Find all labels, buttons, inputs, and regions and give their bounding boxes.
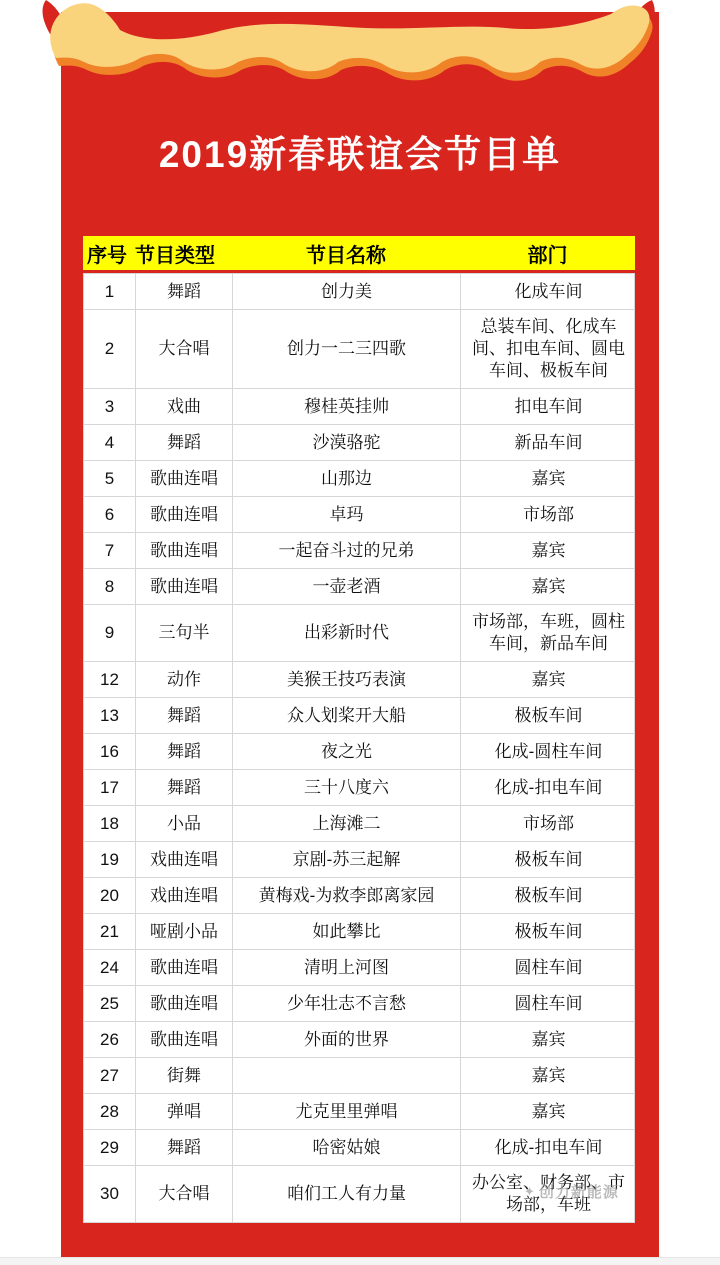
cell-serial: 21 <box>84 914 136 949</box>
table-row: 7 歌曲连唱 一起奋斗过的兄弟 嘉宾 <box>84 533 634 569</box>
cell-dept: 办公室、财务部、市场部，车班 <box>461 1166 636 1222</box>
cell-serial: 2 <box>84 310 136 388</box>
cell-name: 尤克里里弹唱 <box>233 1094 461 1129</box>
cell-dept: 嘉宾 <box>461 1058 636 1093</box>
cell-dept: 化成-扣电车间 <box>461 770 636 805</box>
cell-dept: 化成-扣电车间 <box>461 1130 636 1165</box>
table-row: 21 哑剧小品 如此攀比 极板车间 <box>84 914 634 950</box>
cell-name: 穆桂英挂帅 <box>233 389 461 424</box>
cell-serial: 26 <box>84 1022 136 1057</box>
table-row: 3 戏曲 穆桂英挂帅 扣电车间 <box>84 389 634 425</box>
cell-serial: 16 <box>84 734 136 769</box>
table-row: 12 动作 美猴王技巧表演 嘉宾 <box>84 662 634 698</box>
golden-cloud-banner-decoration <box>36 0 686 84</box>
cell-serial: 29 <box>84 1130 136 1165</box>
cell-serial: 9 <box>84 605 136 661</box>
cell-type: 舞蹈 <box>136 1130 233 1165</box>
cell-type: 街舞 <box>136 1058 233 1093</box>
cell-dept: 极板车间 <box>461 878 636 913</box>
cell-type: 歌曲连唱 <box>136 986 233 1021</box>
cell-name: 哈密姑娘 <box>233 1130 461 1165</box>
cell-dept: 嘉宾 <box>461 569 636 604</box>
table-row: 2 大合唱 创力一二三四歌 总装车间、化成车间、扣电车间、圆电车间、极板车间 <box>84 310 634 389</box>
cell-name: 京剧-苏三起解 <box>233 842 461 877</box>
cell-dept: 市场部 <box>461 806 636 841</box>
cell-serial: 24 <box>84 950 136 985</box>
cell-name: 清明上河图 <box>233 950 461 985</box>
header-type: 节目类型 <box>135 239 232 268</box>
cell-type: 歌曲连唱 <box>136 569 233 604</box>
cell-serial: 5 <box>84 461 136 496</box>
cell-type: 弹唱 <box>136 1094 233 1129</box>
cell-dept: 市场部 <box>461 497 636 532</box>
table-row: 30 大合唱 咱们工人有力量 办公室、财务部、市场部，车班 <box>84 1166 634 1222</box>
cell-serial: 28 <box>84 1094 136 1129</box>
cell-dept: 嘉宾 <box>461 533 636 568</box>
table-row: 17 舞蹈 三十八度六 化成-扣电车间 <box>84 770 634 806</box>
cell-type: 动作 <box>136 662 233 697</box>
cell-dept: 圆柱车间 <box>461 986 636 1021</box>
table-header-row: 序号 节目类型 节目名称 部门 <box>83 236 635 270</box>
cell-type: 戏曲连唱 <box>136 878 233 913</box>
cell-name: 咱们工人有力量 <box>233 1166 461 1222</box>
cell-name: 夜之光 <box>233 734 461 769</box>
cell-serial: 20 <box>84 878 136 913</box>
table-row: 8 歌曲连唱 一壶老酒 嘉宾 <box>84 569 634 605</box>
cell-name: 美猴王技巧表演 <box>233 662 461 697</box>
program-table: 序号 节目类型 节目名称 部门 1 舞蹈 创力美 化成车间 2 大合唱 创力一二… <box>83 236 635 1223</box>
cell-type: 歌曲连唱 <box>136 1022 233 1057</box>
table-row: 16 舞蹈 夜之光 化成-圆柱车间 <box>84 734 634 770</box>
cell-dept: 极板车间 <box>461 842 636 877</box>
cell-name: 众人划桨开大船 <box>233 698 461 733</box>
header-dept: 部门 <box>460 239 635 268</box>
cell-dept: 极板车间 <box>461 698 636 733</box>
page-title: 2019新春联谊会节目单 <box>61 133 659 177</box>
table-row: 4 舞蹈 沙漠骆驼 新品车间 <box>84 425 634 461</box>
cell-dept: 化成车间 <box>461 274 636 309</box>
cell-name: 出彩新时代 <box>233 605 461 661</box>
cell-name: 三十八度六 <box>233 770 461 805</box>
cell-name: 沙漠骆驼 <box>233 425 461 460</box>
cell-type: 歌曲连唱 <box>136 950 233 985</box>
table-row: 25 歌曲连唱 少年壮志不言愁 圆柱车间 <box>84 986 634 1022</box>
cell-name: 少年壮志不言愁 <box>233 986 461 1021</box>
cell-name: 创力美 <box>233 274 461 309</box>
cell-dept: 圆柱车间 <box>461 950 636 985</box>
cell-serial: 4 <box>84 425 136 460</box>
cell-dept: 嘉宾 <box>461 662 636 697</box>
cell-serial: 7 <box>84 533 136 568</box>
table-row: 9 三句半 出彩新时代 市场部，车班，圆柱车间，新品车间 <box>84 605 634 662</box>
cell-serial: 1 <box>84 274 136 309</box>
cell-serial: 18 <box>84 806 136 841</box>
cell-type: 舞蹈 <box>136 274 233 309</box>
cell-name: 黄梅戏-为救李郎离家园 <box>233 878 461 913</box>
cell-type: 大合唱 <box>136 1166 233 1222</box>
cell-name: 卓玛 <box>233 497 461 532</box>
cell-dept: 嘉宾 <box>461 1094 636 1129</box>
cell-name: 一壶老酒 <box>233 569 461 604</box>
cell-dept: 扣电车间 <box>461 389 636 424</box>
cell-dept: 新品车间 <box>461 425 636 460</box>
table-row: 27 街舞 嘉宾 <box>84 1058 634 1094</box>
table-row: 5 歌曲连唱 山那边 嘉宾 <box>84 461 634 497</box>
cell-serial: 13 <box>84 698 136 733</box>
cell-name: 一起奋斗过的兄弟 <box>233 533 461 568</box>
cell-dept: 嘉宾 <box>461 1022 636 1057</box>
cell-name: 如此攀比 <box>233 914 461 949</box>
table-row: 24 歌曲连唱 清明上河图 圆柱车间 <box>84 950 634 986</box>
cell-dept: 极板车间 <box>461 914 636 949</box>
cell-serial: 12 <box>84 662 136 697</box>
table-row: 28 弹唱 尤克里里弹唱 嘉宾 <box>84 1094 634 1130</box>
cell-type: 戏曲 <box>136 389 233 424</box>
cell-type: 小品 <box>136 806 233 841</box>
cell-type: 大合唱 <box>136 310 233 388</box>
poster-page: 2019新春联谊会节目单 序号 节目类型 节目名称 部门 1 舞蹈 创力美 化成… <box>0 0 720 1265</box>
table-row: 13 舞蹈 众人划桨开大船 极板车间 <box>84 698 634 734</box>
table-row: 29 舞蹈 哈密姑娘 化成-扣电车间 <box>84 1130 634 1166</box>
cell-type: 舞蹈 <box>136 770 233 805</box>
cell-name: 外面的世界 <box>233 1022 461 1057</box>
cell-type: 舞蹈 <box>136 698 233 733</box>
cell-serial: 3 <box>84 389 136 424</box>
table-row: 1 舞蹈 创力美 化成车间 <box>84 274 634 310</box>
cell-serial: 27 <box>84 1058 136 1093</box>
cell-name: 上海滩二 <box>233 806 461 841</box>
table-body: 1 舞蹈 创力美 化成车间 2 大合唱 创力一二三四歌 总装车间、化成车间、扣电… <box>83 273 635 1223</box>
cell-type: 三句半 <box>136 605 233 661</box>
cell-type: 哑剧小品 <box>136 914 233 949</box>
cell-name: 山那边 <box>233 461 461 496</box>
cell-name <box>233 1058 461 1093</box>
cell-type: 戏曲连唱 <box>136 842 233 877</box>
cell-serial: 19 <box>84 842 136 877</box>
table-row: 18 小品 上海滩二 市场部 <box>84 806 634 842</box>
cell-serial: 25 <box>84 986 136 1021</box>
header-name: 节目名称 <box>232 239 460 268</box>
cell-serial: 17 <box>84 770 136 805</box>
bottom-strip <box>0 1257 720 1265</box>
cell-dept: 化成-圆柱车间 <box>461 734 636 769</box>
cell-type: 歌曲连唱 <box>136 533 233 568</box>
cell-type: 舞蹈 <box>136 734 233 769</box>
cell-serial: 8 <box>84 569 136 604</box>
header-serial: 序号 <box>83 239 135 268</box>
table-row: 19 戏曲连唱 京剧-苏三起解 极板车间 <box>84 842 634 878</box>
cell-dept: 总装车间、化成车间、扣电车间、圆电车间、极板车间 <box>461 310 636 388</box>
table-row: 6 歌曲连唱 卓玛 市场部 <box>84 497 634 533</box>
table-row: 26 歌曲连唱 外面的世界 嘉宾 <box>84 1022 634 1058</box>
cell-serial: 6 <box>84 497 136 532</box>
cell-type: 舞蹈 <box>136 425 233 460</box>
cell-dept: 嘉宾 <box>461 461 636 496</box>
cell-type: 歌曲连唱 <box>136 497 233 532</box>
cell-name: 创力一二三四歌 <box>233 310 461 388</box>
table-row: 20 戏曲连唱 黄梅戏-为救李郎离家园 极板车间 <box>84 878 634 914</box>
cell-type: 歌曲连唱 <box>136 461 233 496</box>
cell-serial: 30 <box>84 1166 136 1222</box>
cell-dept: 市场部，车班，圆柱车间，新品车间 <box>461 605 636 661</box>
